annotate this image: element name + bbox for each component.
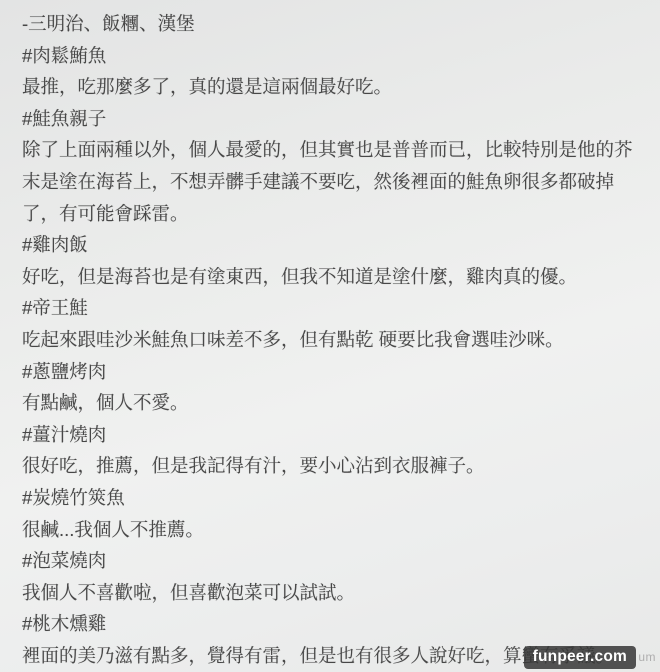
review-list: #肉鬆鮪魚 最推，吃那麼多了，真的還是這兩個最好吃。 #鮭魚親子 除了上面兩種以… bbox=[22, 40, 642, 672]
food-hashtag[interactable]: #帝王鮭 bbox=[22, 292, 642, 324]
food-hashtag[interactable]: #鮭魚親子 bbox=[22, 103, 642, 135]
post-screenshot: -三明治、飯糰、漢堡 #肉鬆鮪魚 最推，吃那麼多了，真的還是這兩個最好吃。 #鮭… bbox=[0, 0, 660, 672]
food-comment: 吃起來跟哇沙米鮭魚口味差不多，但有點乾 硬要比我會選哇沙咪。 bbox=[22, 324, 642, 356]
watermark-label: funpeer.com bbox=[533, 648, 627, 665]
food-comment: 最推，吃那麼多了，真的還是這兩個最好吃。 bbox=[22, 71, 642, 103]
category-line: -三明治、飯糰、漢堡 bbox=[22, 8, 642, 40]
food-comment: 有點鹹，個人不愛。 bbox=[22, 387, 642, 419]
watermark-ghost-text: um bbox=[638, 650, 656, 664]
watermark-badge: funpeer.com bbox=[524, 646, 636, 669]
food-hashtag[interactable]: #薑汁燒肉 bbox=[22, 419, 642, 451]
food-hashtag[interactable]: #炭燒竹筴魚 bbox=[22, 482, 642, 514]
food-hashtag[interactable]: #雞肉飯 bbox=[22, 229, 642, 261]
food-hashtag[interactable]: #桃木燻雞 bbox=[22, 608, 642, 640]
food-comment: 除了上面兩種以外，個人最愛的，但其實也是普普而已，比較特別是他的芥 末是塗在海苔… bbox=[22, 134, 642, 229]
food-comment: 好吃，但是海苔也是有塗東西，但我不知道是塗什麼，雞肉真的優。 bbox=[22, 261, 642, 293]
food-hashtag[interactable]: #肉鬆鮪魚 bbox=[22, 40, 642, 72]
food-hashtag[interactable]: #蔥鹽烤肉 bbox=[22, 356, 642, 388]
food-hashtag[interactable]: #泡菜燒肉 bbox=[22, 545, 642, 577]
food-comment: 很好吃，推薦，但是我記得有汁，要小心沾到衣服褲子。 bbox=[22, 450, 642, 482]
food-comment: 我個人不喜歡啦，但喜歡泡菜可以試試。 bbox=[22, 577, 642, 609]
food-comment: 很鹹...我個人不推薦。 bbox=[22, 514, 642, 546]
post-body: -三明治、飯糰、漢堡 #肉鬆鮪魚 最推，吃那麼多了，真的還是這兩個最好吃。 #鮭… bbox=[0, 0, 660, 671]
